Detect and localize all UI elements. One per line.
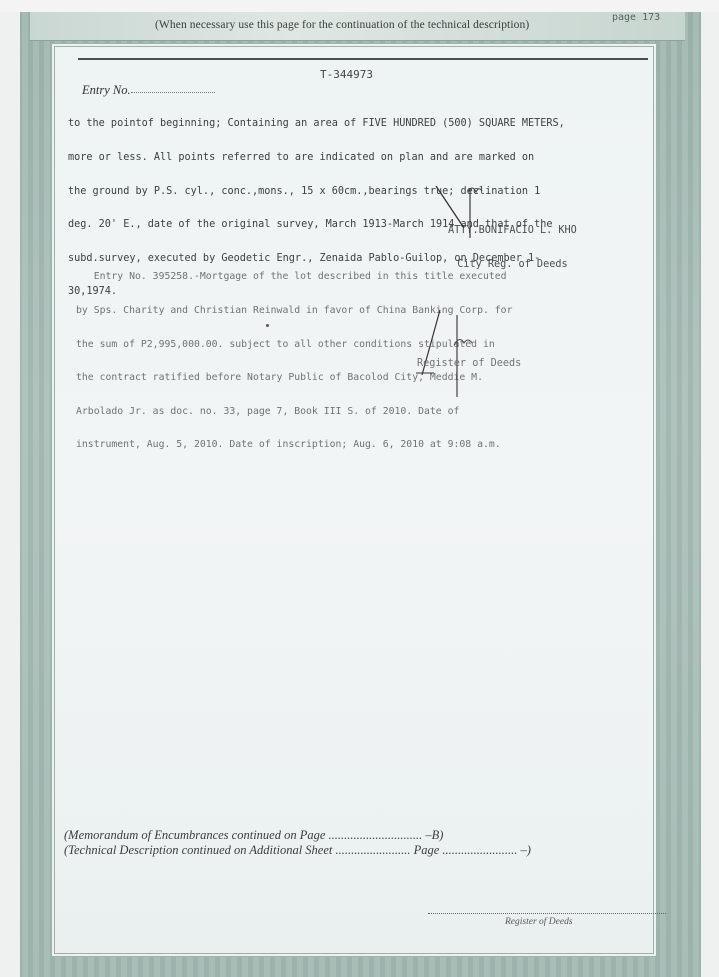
signature-line — [428, 913, 666, 914]
memo-line: the sum of P2,995,000.00. subject to all… — [76, 339, 512, 350]
memorandum-entry: Entry No. 395258.-Mortgage of the lot de… — [76, 249, 512, 462]
page-number: page 173 — [612, 12, 660, 23]
memo-continued-note: (Memorandum of Encumbrances continued on… — [64, 828, 443, 843]
continuation-caption: (When necessary use this page for the co… — [155, 19, 529, 31]
tech-line: the ground by P.S. cyl., conc.,mons., 15… — [68, 186, 565, 197]
tech-line: to the pointof beginning; Containing an … — [68, 118, 565, 129]
memo-line: the contract ratified before Notary Publ… — [76, 372, 512, 383]
title-number: T-344973 — [320, 68, 373, 81]
tech-continued-note: (Technical Description continued on Addi… — [64, 843, 531, 858]
memo-line: Entry No. 395258.-Mortgage of the lot de… — [76, 271, 512, 282]
memo-line: Arbolado Jr. as doc. no. 33, page 7, Boo… — [76, 406, 512, 417]
tech-line: more or less. All points referred to are… — [68, 152, 565, 163]
entry-no-blank — [131, 92, 215, 93]
top-rule — [78, 58, 648, 60]
register-of-deeds-signatory: Register of Deeds — [417, 358, 521, 369]
scan-top-margin — [0, 0, 719, 12]
memo-line: instrument, Aug. 5, 2010. Date of inscri… — [76, 439, 512, 450]
signatory-name: ATTY.BONIFACIO L. KHO — [448, 225, 577, 236]
register-of-deeds-caption: Register of Deeds — [505, 917, 573, 927]
ink-dot — [266, 324, 269, 327]
memo-line: by Sps. Charity and Christian Reinwald i… — [76, 305, 512, 316]
